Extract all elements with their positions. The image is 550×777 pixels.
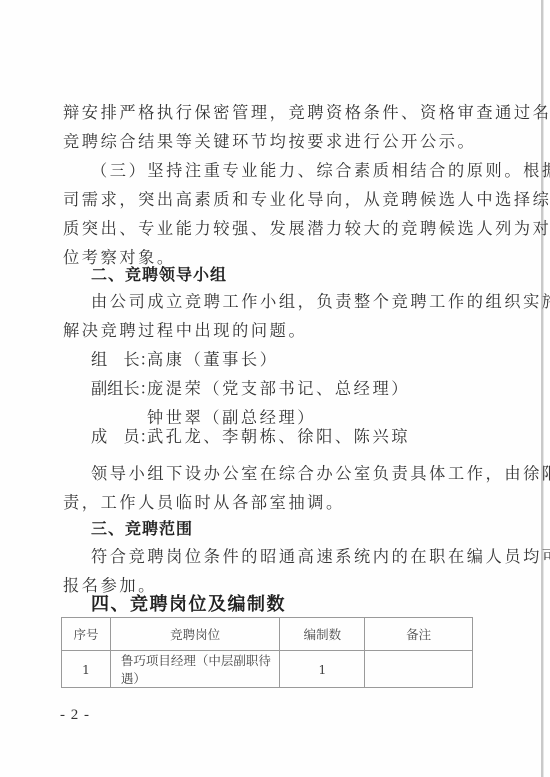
paragraph-line: 辩安排严格执行保密管理，竞聘资格条件、资格审查通过名单、: [63, 102, 453, 124]
role-label: 成 员：: [91, 426, 147, 448]
role-label: 副组长：: [91, 378, 147, 400]
column-header-remarks: 备注: [365, 618, 473, 651]
paragraph-line: 由公司成立竞聘工作小组，负责整个竞聘工作的组织实施，: [91, 291, 451, 313]
table-row: 1 鲁巧项目经理（中层副职待遇） 1: [62, 651, 473, 688]
cell-quota: 1: [280, 651, 365, 688]
paragraph-line: 司需求，突出高素质和专业化导向，从竞聘候选人中选择综合素: [63, 189, 453, 211]
section-heading-leadership-group: 二、竞聘领导小组: [91, 264, 227, 286]
positions-table: 序号 竞聘岗位 编制数 备注 1 鲁巧项目经理（中层副职待遇） 1: [61, 617, 473, 688]
page-number: - 2 -: [60, 707, 90, 724]
cell-index: 1: [62, 651, 111, 688]
role-label: 组 长：: [91, 349, 147, 371]
role-value: 高康（董事长）: [147, 349, 279, 371]
role-value: 庞湜荣（党支部书记、总经理）: [147, 378, 410, 400]
section-heading-positions: 四、竞聘岗位及编制数: [91, 594, 286, 616]
table-header-row: 序号 竞聘岗位 编制数 备注: [62, 618, 473, 651]
cell-remarks: [365, 651, 473, 688]
paragraph-line: 解决竞聘过程中出现的问题。: [63, 320, 453, 342]
cell-position: 鲁巧项目经理（中层副职待遇）: [110, 651, 280, 688]
column-header-index: 序号: [62, 618, 111, 651]
document-page: 辩安排严格执行保密管理，竞聘资格条件、资格审查通过名单、 竞聘综合结果等关键环节…: [0, 0, 550, 777]
section-heading-scope: 三、竞聘范围: [91, 518, 193, 540]
paragraph-line: 竞聘综合结果等关键环节均按要求进行公开公示。: [63, 131, 453, 153]
paragraph-line: 责，工作人员临时从各部室抽调。: [63, 492, 453, 514]
paragraph-line: 质突出、专业能力较强、发展潜力较大的竞聘候选人列为对应岗: [63, 218, 453, 240]
paragraph-line: （三）坚持注重专业能力、综合素质相结合的原则。根据公: [91, 160, 451, 182]
role-value: 武孔龙、李朝栋、徐阳、陈兴琼: [147, 426, 410, 448]
paragraph-line: 领导小组下设办公室在综合办公室负责具体工作，由徐阳负: [91, 463, 451, 485]
paragraph-line: 符合竞聘岗位条件的昭通高速系统内的在职在编人员均可: [91, 546, 451, 568]
column-header-position: 竞聘岗位: [110, 618, 280, 651]
column-header-quota: 编制数: [280, 618, 365, 651]
